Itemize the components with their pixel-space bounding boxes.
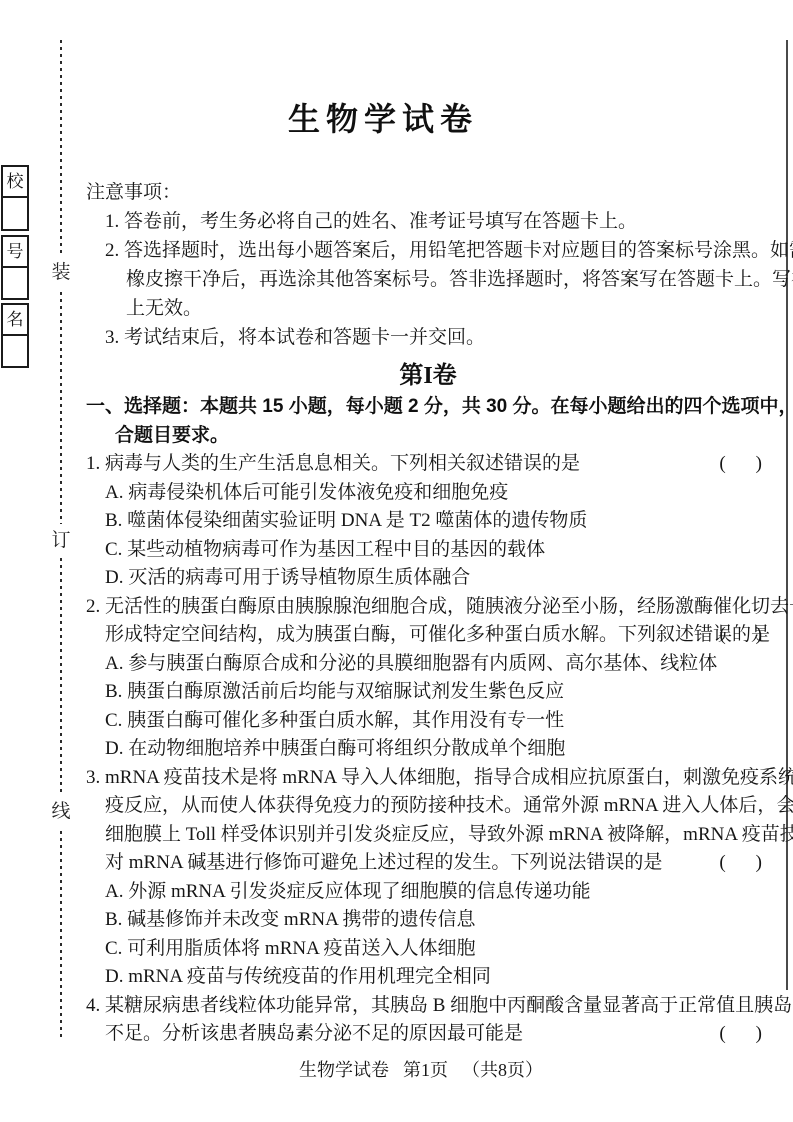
page-title: 生物学试卷	[0, 97, 766, 141]
question-3-option-a: A. 外源 mRNA 引发炎症反应体现了细胞膜的信息传递功能	[86, 878, 770, 907]
bracket-close-paren: )	[756, 453, 762, 474]
question-2-stem-line: 形成特定空间结构，成为胰蛋白酶，可催化多种蛋白质水解。下列叙述错误的是 ()	[86, 621, 770, 650]
id-box-school-label: 校	[3, 167, 27, 198]
question-3-stem-line: 疫反应，从而使人体获得免疫力的预防接种技术。通常外源 mRNA 进入人体后，会被…	[86, 792, 770, 821]
notice-line: 1. 答卷前，考生务必将自己的姓名、准考证号填写在答题卡上。	[86, 207, 770, 236]
id-box-school-blank-cell	[3, 198, 27, 225]
answer-bracket: ()	[719, 849, 762, 878]
question-4-stem-line: 不足。分析该患者胰岛素分泌不足的原因最可能是 ()	[86, 1020, 770, 1049]
footer-page-total: （共8页）	[462, 1060, 543, 1080]
question-3-stem-line: 细胞膜上 Toll 样受体识别并引发炎症反应，导致外源 mRNA 被降解，mRN…	[86, 821, 770, 850]
footer-page-number: 第1页	[403, 1060, 448, 1080]
question-2-stem-line: 2. 无活性的胰蛋白酶原由胰腺腺泡细胞合成，随胰液分泌至小肠，经肠激酶催化切去一…	[86, 593, 770, 622]
id-box-number: 号	[1, 235, 29, 300]
question-3-stem-line: 对 mRNA 碱基进行修饰可避免上述过程的发生。下列说法错误的是 ()	[86, 849, 770, 878]
id-box-name-blank-cell	[3, 336, 27, 363]
bracket-open-paren: (	[719, 852, 725, 873]
notice-heading: 注意事项：	[86, 178, 770, 207]
bracket-open-paren: (	[719, 453, 725, 474]
bracket-close-paren: )	[756, 624, 762, 645]
notice-block: 注意事项： 1. 答卷前，考生务必将自己的姓名、准考证号填写在答题卡上。 2. …	[86, 178, 770, 352]
page-footer: 生物学试卷第1页（共8页）	[86, 1056, 756, 1084]
question-3-stem-line: 3. mRNA 疫苗技术是将 mRNA 导入人体细胞，指导合成相应抗原蛋白，刺激…	[86, 764, 770, 793]
answer-bracket: ()	[719, 621, 762, 650]
footer-doc-title: 生物学试卷	[299, 1060, 389, 1080]
bracket-open-paren: (	[719, 624, 725, 645]
question-2-option-a: A. 参与胰蛋白酶原合成和分泌的具膜细胞器有内质网、高尔基体、线粒体	[86, 650, 770, 679]
notice-line: 橡皮擦干净后，再选涂其他答案标号。答非选择题时，将答案写在答题卡上。写在本试卷	[86, 265, 770, 294]
notice-line: 上无效。	[86, 294, 770, 323]
part1-heading: 第I卷	[86, 360, 770, 392]
bracket-close-paren: )	[756, 1023, 762, 1044]
notice-line: 2. 答选择题时，选出每小题答案后，用铅笔把答题卡对应题目的答案标号涂黑。如需改…	[86, 236, 770, 265]
section-instruction-line: 合题目要求。	[86, 421, 770, 450]
question-2-option-b: B. 胰蛋白酶原激活前后均能与双缩脲试剂发生紫色反应	[86, 678, 770, 707]
exam-paper-page: 校 号 名 装 订 线 生物学试卷 注意事项： 1. 答卷前，考生务必将自己的姓…	[0, 0, 793, 1122]
question-2-option-c: C. 胰蛋白酶可催化多种蛋白质水解，其作用没有专一性	[86, 707, 770, 736]
question-1-option-a: A. 病毒侵染机体后可能引发体液免疫和细胞免疫	[86, 479, 770, 508]
questions-block: 1. 病毒与人类的生产生活息息相关。下列相关叙述错误的是 () A. 病毒侵染机…	[86, 450, 770, 1049]
id-box-number-label: 号	[3, 237, 27, 268]
section-instruction: 一、选择题：本题共 15 小题，每小题 2 分，共 30 分。在每小题给出的四个…	[86, 392, 770, 450]
question-2-option-d: D. 在动物细胞培养中胰蛋白酶可将组织分散成单个细胞	[86, 735, 770, 764]
question-1-option-d: D. 灭活的病毒可用于诱导植物原生质体融合	[86, 564, 770, 593]
question-1-option-c: C. 某些动植物病毒可作为基因工程中目的基因的载体	[86, 536, 770, 565]
question-4-stem-line: 4. 某糖尿病患者线粒体功能异常，其胰岛 B 细胞中丙酮酸含量显著高于正常值且胰…	[86, 992, 770, 1021]
bracket-open-paren: (	[719, 1023, 725, 1044]
question-3-option-b: B. 碱基修饰并未改变 mRNA 携带的遗传信息	[86, 906, 770, 935]
binding-char-xian: 线	[50, 795, 71, 829]
section-instruction-line: 一、选择题：本题共 15 小题，每小题 2 分，共 30 分。在每小题给出的四个…	[86, 392, 770, 421]
binding-char-ding: 订	[50, 524, 71, 558]
question-1-option-b: B. 噬菌体侵染细菌实验证明 DNA 是 T2 噬菌体的遗传物质	[86, 507, 770, 536]
question-1-stem-line: 1. 病毒与人类的生产生活息息相关。下列相关叙述错误的是 ()	[86, 450, 770, 479]
answer-bracket: ()	[719, 450, 762, 479]
id-box-name-label: 名	[3, 305, 27, 336]
question-3-option-d: D. mRNA 疫苗与传统疫苗的作用机理完全相同	[86, 963, 770, 992]
notice-line: 3. 考试结束后，将本试卷和答题卡一并交回。	[86, 323, 770, 352]
id-box-school: 校	[1, 165, 29, 231]
binding-char-zhuang: 装	[50, 256, 71, 290]
question-3-option-c: C. 可利用脂质体将 mRNA 疫苗送入人体细胞	[86, 935, 770, 964]
id-box-name: 名	[1, 303, 29, 368]
answer-bracket: ()	[719, 1020, 762, 1049]
id-box-number-blank-cell	[3, 268, 27, 295]
bracket-close-paren: )	[756, 852, 762, 873]
